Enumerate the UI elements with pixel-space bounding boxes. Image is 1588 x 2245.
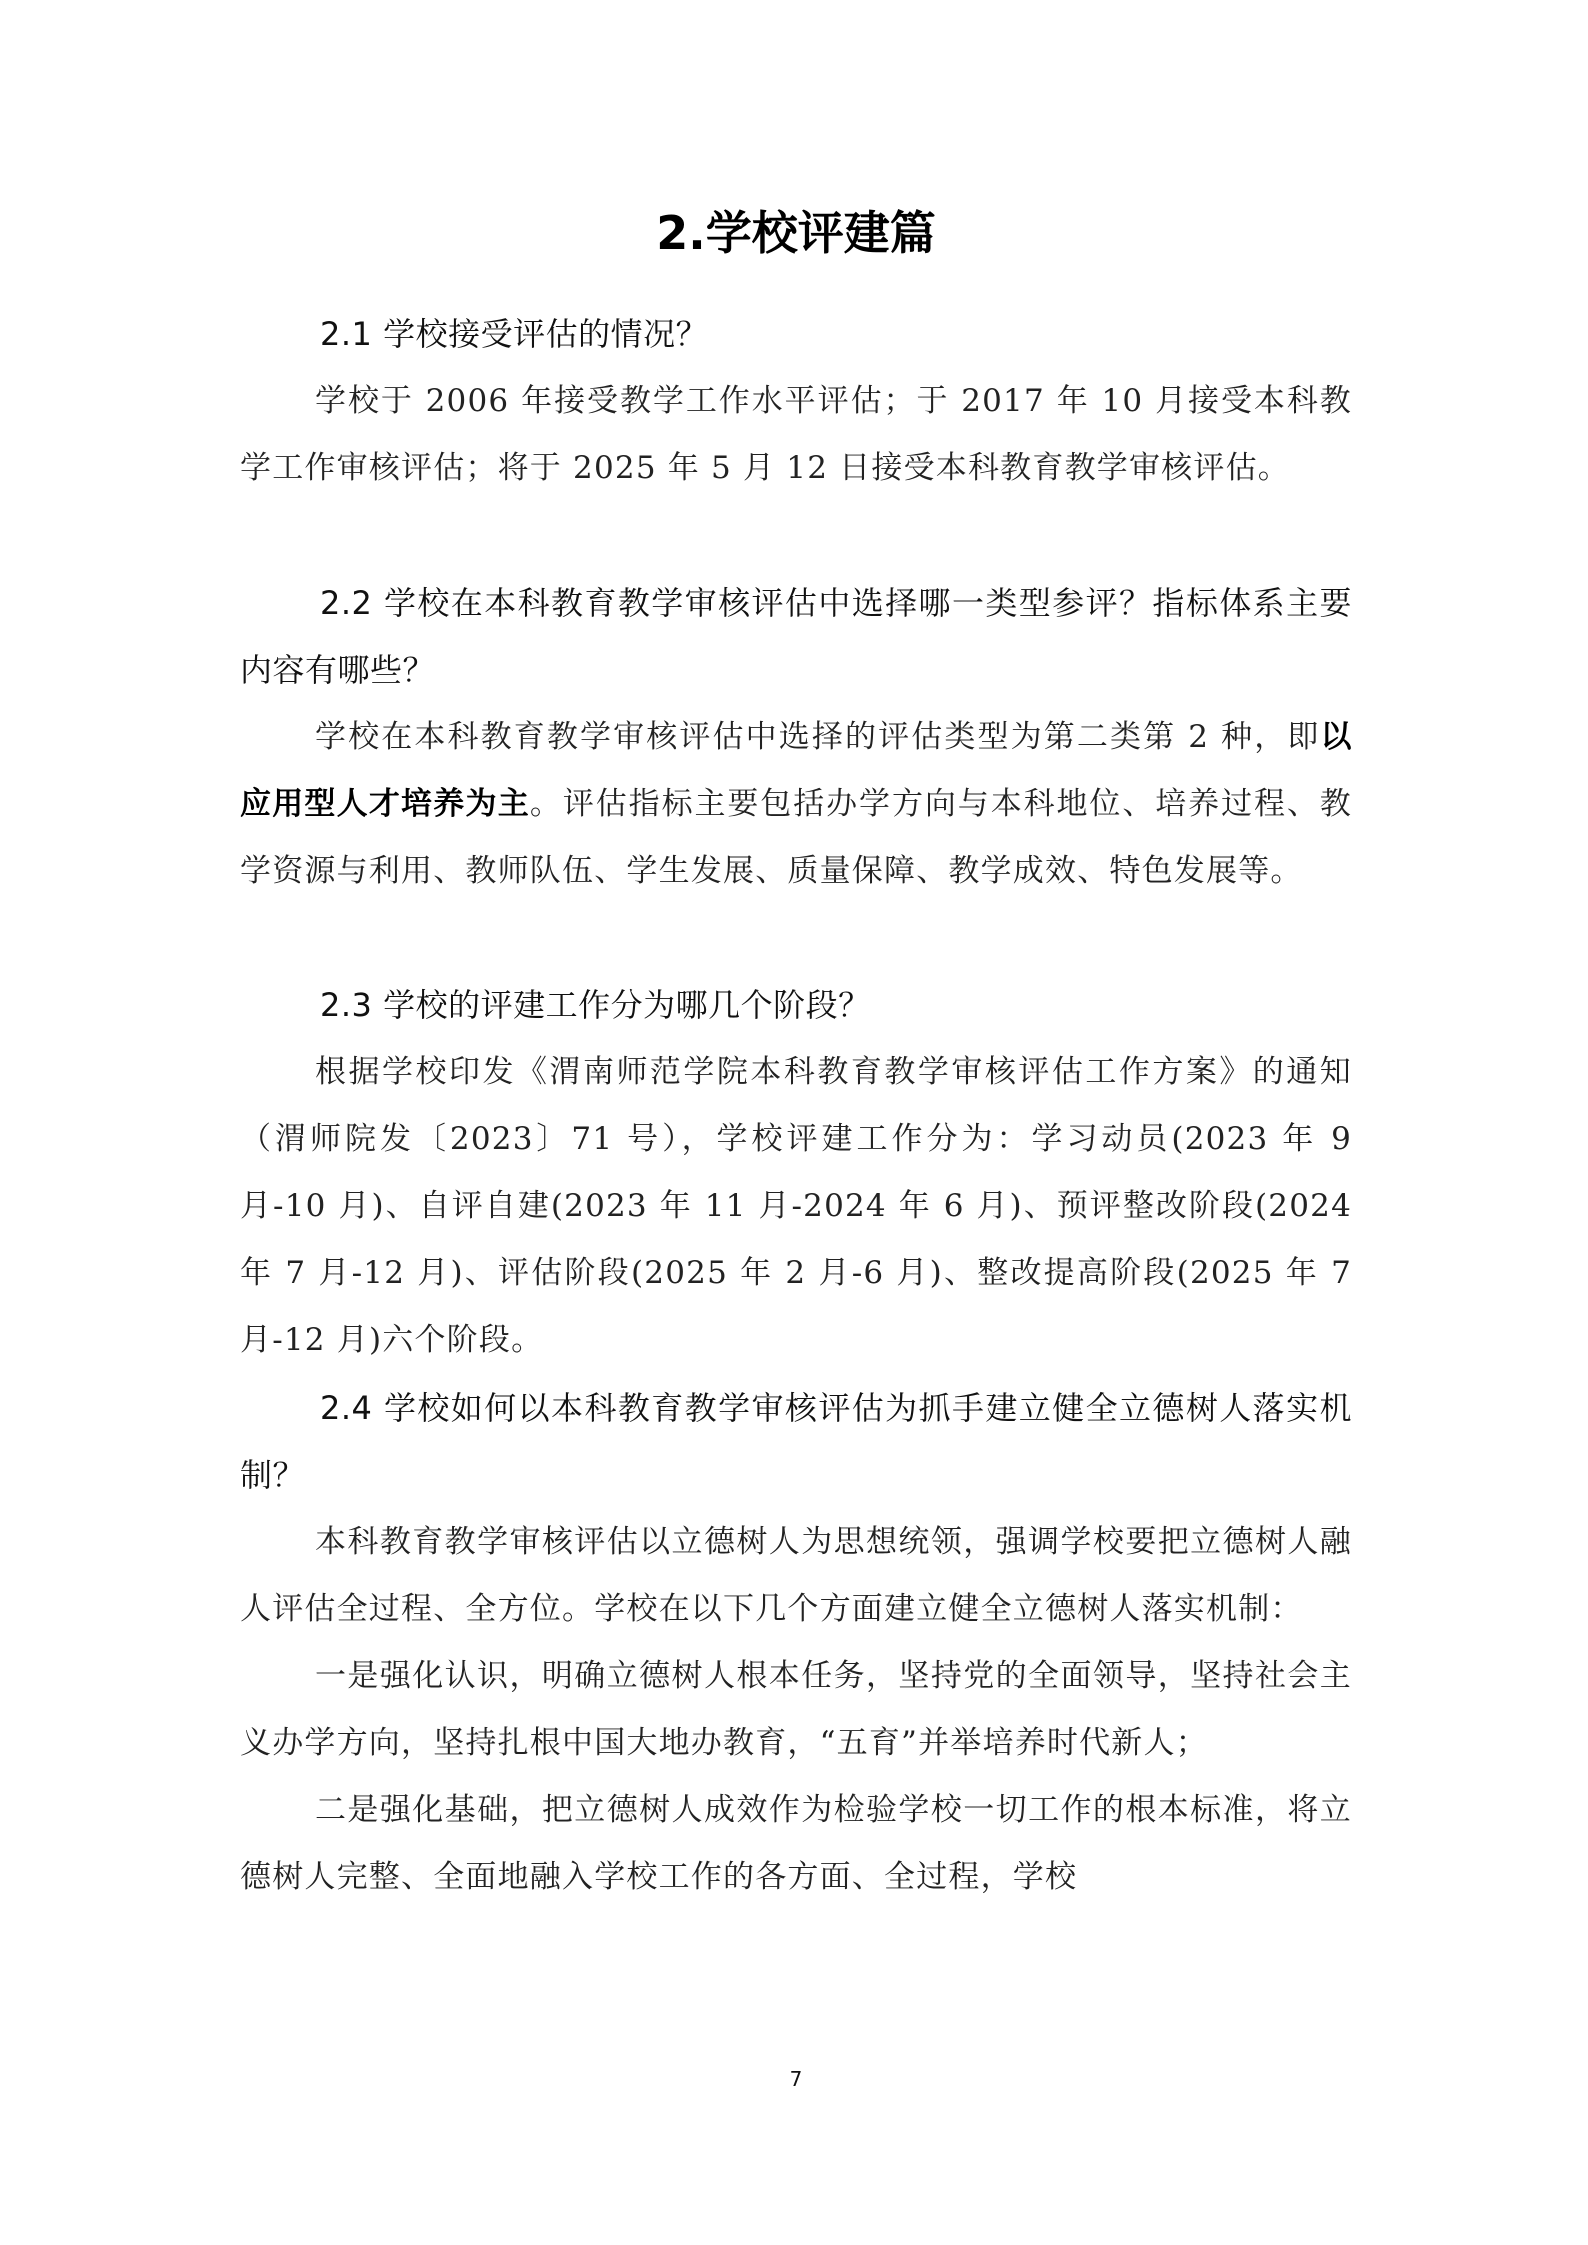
section-paragraph: 本科教育教学审核评估以立德树人为思想统领，强调学校要把立德树人融人评估全过程、全… bbox=[240, 1509, 1352, 1643]
section-question: 2.3 学校的评建工作分为哪几个阶段？ bbox=[240, 972, 1352, 1039]
section-2-2: 2.2 学校在本科教育教学审核评估中选择哪一类型参评？指标体系主要内容有哪些？ … bbox=[240, 570, 1352, 905]
paragraph-text: 学校在本科教育教学审核评估中选择的评估类型为第二类第 2 种，即 bbox=[315, 719, 1321, 755]
section-paragraph: 一是强化认识，明确立德树人根本任务，坚持党的全面领导，坚持社会主义办学方向，坚持… bbox=[240, 1643, 1352, 1777]
section-2-1: 2.1 学校接受评估的情况？ 学校于 2006 年接受教学工作水平评估；于 20… bbox=[240, 301, 1352, 502]
section-2-3: 2.3 学校的评建工作分为哪几个阶段？ 根据学校印发《渭南师范学院本科教育教学审… bbox=[240, 972, 1352, 1374]
section-question: 2.4 学校如何以本科教育教学审核评估为抓手建立健全立德树人落实机制？ bbox=[240, 1375, 1352, 1509]
section-2-4: 2.4 学校如何以本科教育教学审核评估为抓手建立健全立德树人落实机制？ 本科教育… bbox=[240, 1375, 1352, 1911]
section-paragraph: 二是强化基础，把立德树人成效作为检验学校一切工作的根本标准，将立德树人完整、全面… bbox=[240, 1777, 1352, 1911]
section-question: 2.2 学校在本科教育教学审核评估中选择哪一类型参评？指标体系主要内容有哪些？ bbox=[240, 570, 1352, 704]
section-paragraph: 根据学校印发《渭南师范学院本科教育教学审核评估工作方案》的通知（渭师院发〔202… bbox=[240, 1039, 1352, 1374]
chapter-title: 2.学校评建篇 bbox=[240, 203, 1352, 263]
page-number: 7 bbox=[240, 2067, 1352, 2091]
section-paragraph: 学校于 2006 年接受教学工作水平评估；于 2017 年 10 月接受本科教学… bbox=[240, 368, 1352, 502]
section-paragraph: 学校在本科教育教学审核评估中选择的评估类型为第二类第 2 种，即以应用型人才培养… bbox=[240, 704, 1352, 905]
section-question: 2.1 学校接受评估的情况？ bbox=[240, 301, 1352, 368]
